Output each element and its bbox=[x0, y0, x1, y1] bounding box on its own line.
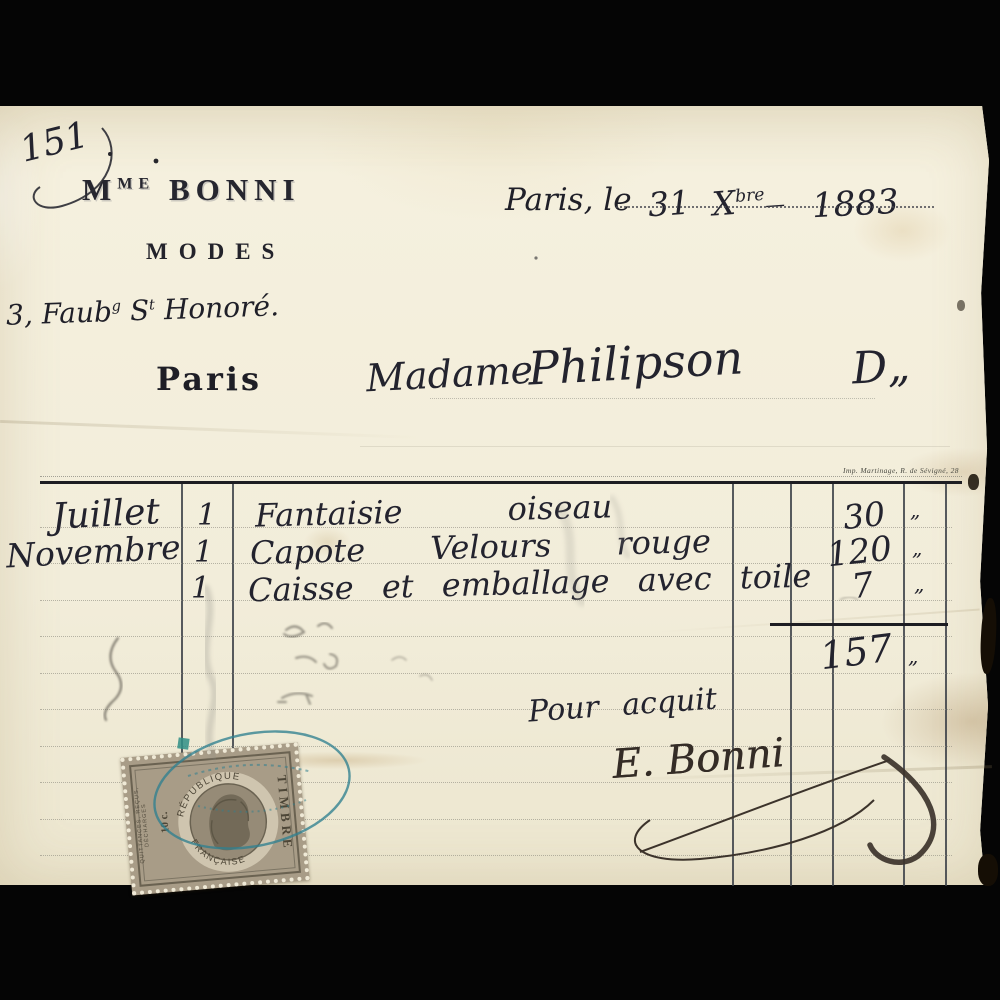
letterhead-trade: MODES bbox=[146, 239, 285, 265]
edge-tear-spot bbox=[978, 854, 998, 886]
address-part: 3, Faub bbox=[6, 295, 113, 332]
recipient-suffix: D„ bbox=[851, 341, 912, 395]
dateline-rule bbox=[616, 206, 934, 208]
row-qty: 1 bbox=[197, 498, 216, 533]
printer-credit: Imp. Martinage, R. de Sévigné, 28 bbox=[843, 466, 959, 475]
table-column-rule bbox=[790, 484, 792, 886]
table-top-rule-thin bbox=[40, 476, 962, 477]
dateline-printed: Paris, le bbox=[505, 182, 632, 218]
stamp-medallion: RÉPUBLIQUE FRANÇAISE bbox=[125, 746, 314, 899]
table-column-rule bbox=[945, 484, 947, 886]
ledger-line bbox=[40, 636, 952, 637]
total-cents: „ bbox=[908, 644, 918, 668]
faint-rule bbox=[360, 446, 950, 447]
dateline-year: 1883 bbox=[811, 182, 900, 226]
ledger-line bbox=[40, 709, 952, 710]
letterhead-name-main: BONNI bbox=[155, 172, 300, 207]
ledger-line bbox=[40, 746, 952, 747]
edge-tear-spot bbox=[968, 474, 979, 490]
dateline-day: 31 bbox=[647, 183, 692, 225]
row-qty: 1 bbox=[191, 571, 210, 606]
total-amount: 157 bbox=[818, 626, 895, 679]
letterhead-name-sup: ME bbox=[117, 176, 155, 193]
row-cents: „ bbox=[910, 498, 920, 522]
sum-rule bbox=[770, 623, 948, 626]
table-column-rule bbox=[903, 484, 905, 886]
letterhead-city: Paris bbox=[156, 360, 262, 398]
row-qty: 1 bbox=[194, 535, 213, 570]
table-top-rule bbox=[40, 481, 962, 484]
row-cents: „ bbox=[914, 572, 924, 596]
address-part: S bbox=[121, 294, 150, 328]
letterhead-name: MME BONNI bbox=[82, 172, 301, 208]
ledger-line bbox=[40, 673, 952, 674]
address-part: Honoré. bbox=[154, 289, 279, 326]
letterhead-name-prefix: M bbox=[82, 172, 117, 207]
table-column-rule bbox=[732, 484, 734, 886]
recipient-rule bbox=[430, 398, 875, 399]
month-dash: — bbox=[764, 192, 785, 216]
edge-tear-spot bbox=[957, 300, 965, 311]
scanned-invoice-photo: 151 MME BONNI MODES 3, Faubg St Honoré. … bbox=[0, 0, 1000, 1000]
month-part: X bbox=[711, 183, 737, 224]
fiscal-stamp: TIMBRE QUITTANCES, REÇUS, DÉCHARGES 10 c… bbox=[120, 743, 309, 896]
dateline-month: Xbre— bbox=[711, 180, 786, 224]
month-sup: bre bbox=[734, 185, 765, 207]
row-cents: „ bbox=[912, 536, 922, 560]
recipient-title: Madame bbox=[365, 348, 534, 401]
recipient-family: Philipson bbox=[527, 330, 745, 395]
